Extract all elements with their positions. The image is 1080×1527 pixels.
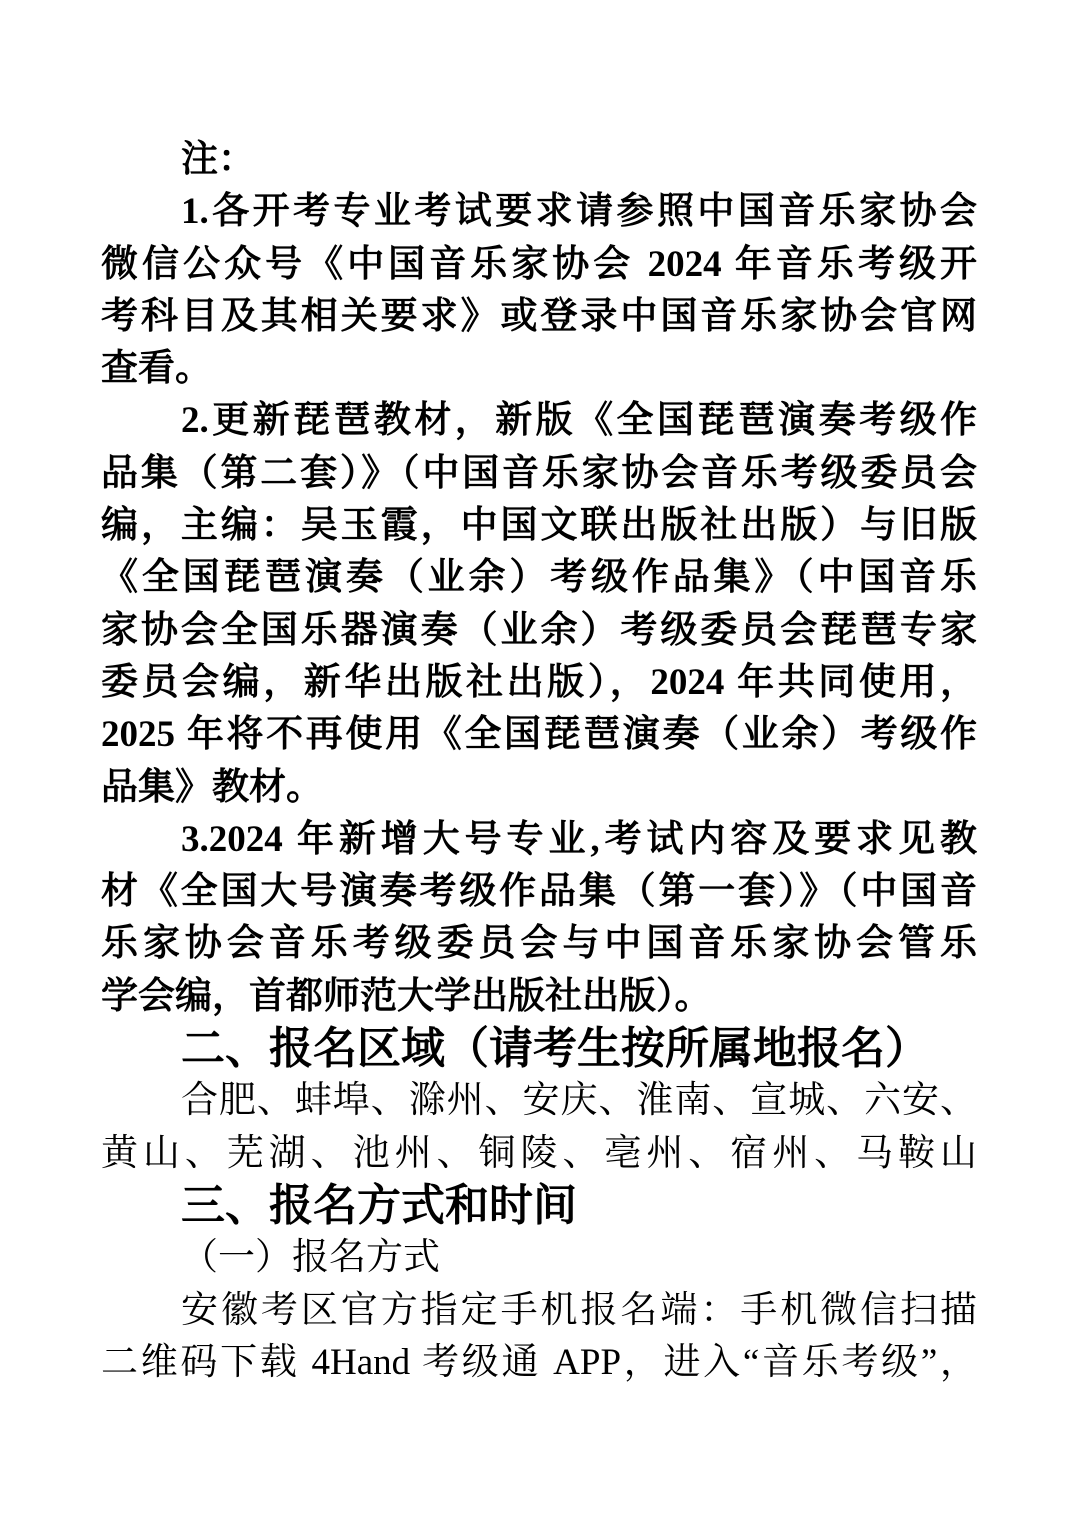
text-line-18: 二、报名区域（请考生按所属地报名）: [101, 1023, 977, 1075]
text-line-21: 三、报名方式和时间: [101, 1180, 977, 1232]
text-line-8: 编，主编：吴玉霞，中国文联出版社出版）与旧版: [101, 500, 977, 552]
text-line-12: 2025 年将不再使用《全国琵琶演奏（业余）考级作: [101, 709, 977, 761]
document-page: 注：1.各开考专业考试要求请参照中国音乐家协会微信公众号《中国音乐家协会 202…: [0, 0, 1080, 1527]
text-line-9: 《全国琵琶演奏（业余）考级作品集》（中国音乐: [101, 552, 977, 604]
text-line-23: 安徽考区官方指定手机报名端：手机微信扫描: [101, 1285, 977, 1337]
text-line-10: 家协会全国乐器演奏（业余）考级委员会琵琶专家: [101, 605, 977, 657]
text-line-3: 微信公众号《中国音乐家协会 2024 年音乐考级开: [101, 239, 977, 291]
text-line-17: 学会编，首都师范大学出版社出版）。: [101, 971, 977, 1023]
text-line-15: 材《全国大号演奏考级作品集（第一套）》（中国音: [101, 866, 977, 918]
text-line-16: 乐家协会音乐考级委员会与中国音乐家协会管乐: [101, 918, 977, 970]
text-line-14: 3.2024 年新增大号专业,考试内容及要求见教: [101, 814, 977, 866]
text-line-24: 二维码下载 4Hand 考级通 APP，进入“音乐考级”，: [101, 1337, 977, 1389]
text-line-22: （一）报名方式: [101, 1232, 977, 1284]
text-line-2: 1.各开考专业考试要求请参照中国音乐家协会: [101, 186, 977, 238]
text-line-11: 委员会编，新华出版社出版），2024 年共同使用，: [101, 657, 977, 709]
text-line-1: 注：: [101, 134, 977, 186]
text-line-7: 品集（第二套）》（中国音乐家协会音乐考级委员会: [101, 448, 977, 500]
text-line-4: 考科目及其相关要求》或登录中国音乐家协会官网: [101, 291, 977, 343]
text-line-20: 黄山、芜湖、池州、铜陵、亳州、宿州、马鞍山: [101, 1128, 977, 1180]
document-text-block: 注：1.各开考专业考试要求请参照中国音乐家协会微信公众号《中国音乐家协会 202…: [101, 134, 977, 1389]
text-line-6: 2.更新琵琶教材，新版《全国琵琶演奏考级作: [101, 395, 977, 447]
text-line-13: 品集》教材。: [101, 762, 977, 814]
text-line-19: 合肥、蚌埠、滁州、安庆、淮南、宣城、六安、: [101, 1075, 977, 1127]
text-line-5: 查看。: [101, 343, 977, 395]
